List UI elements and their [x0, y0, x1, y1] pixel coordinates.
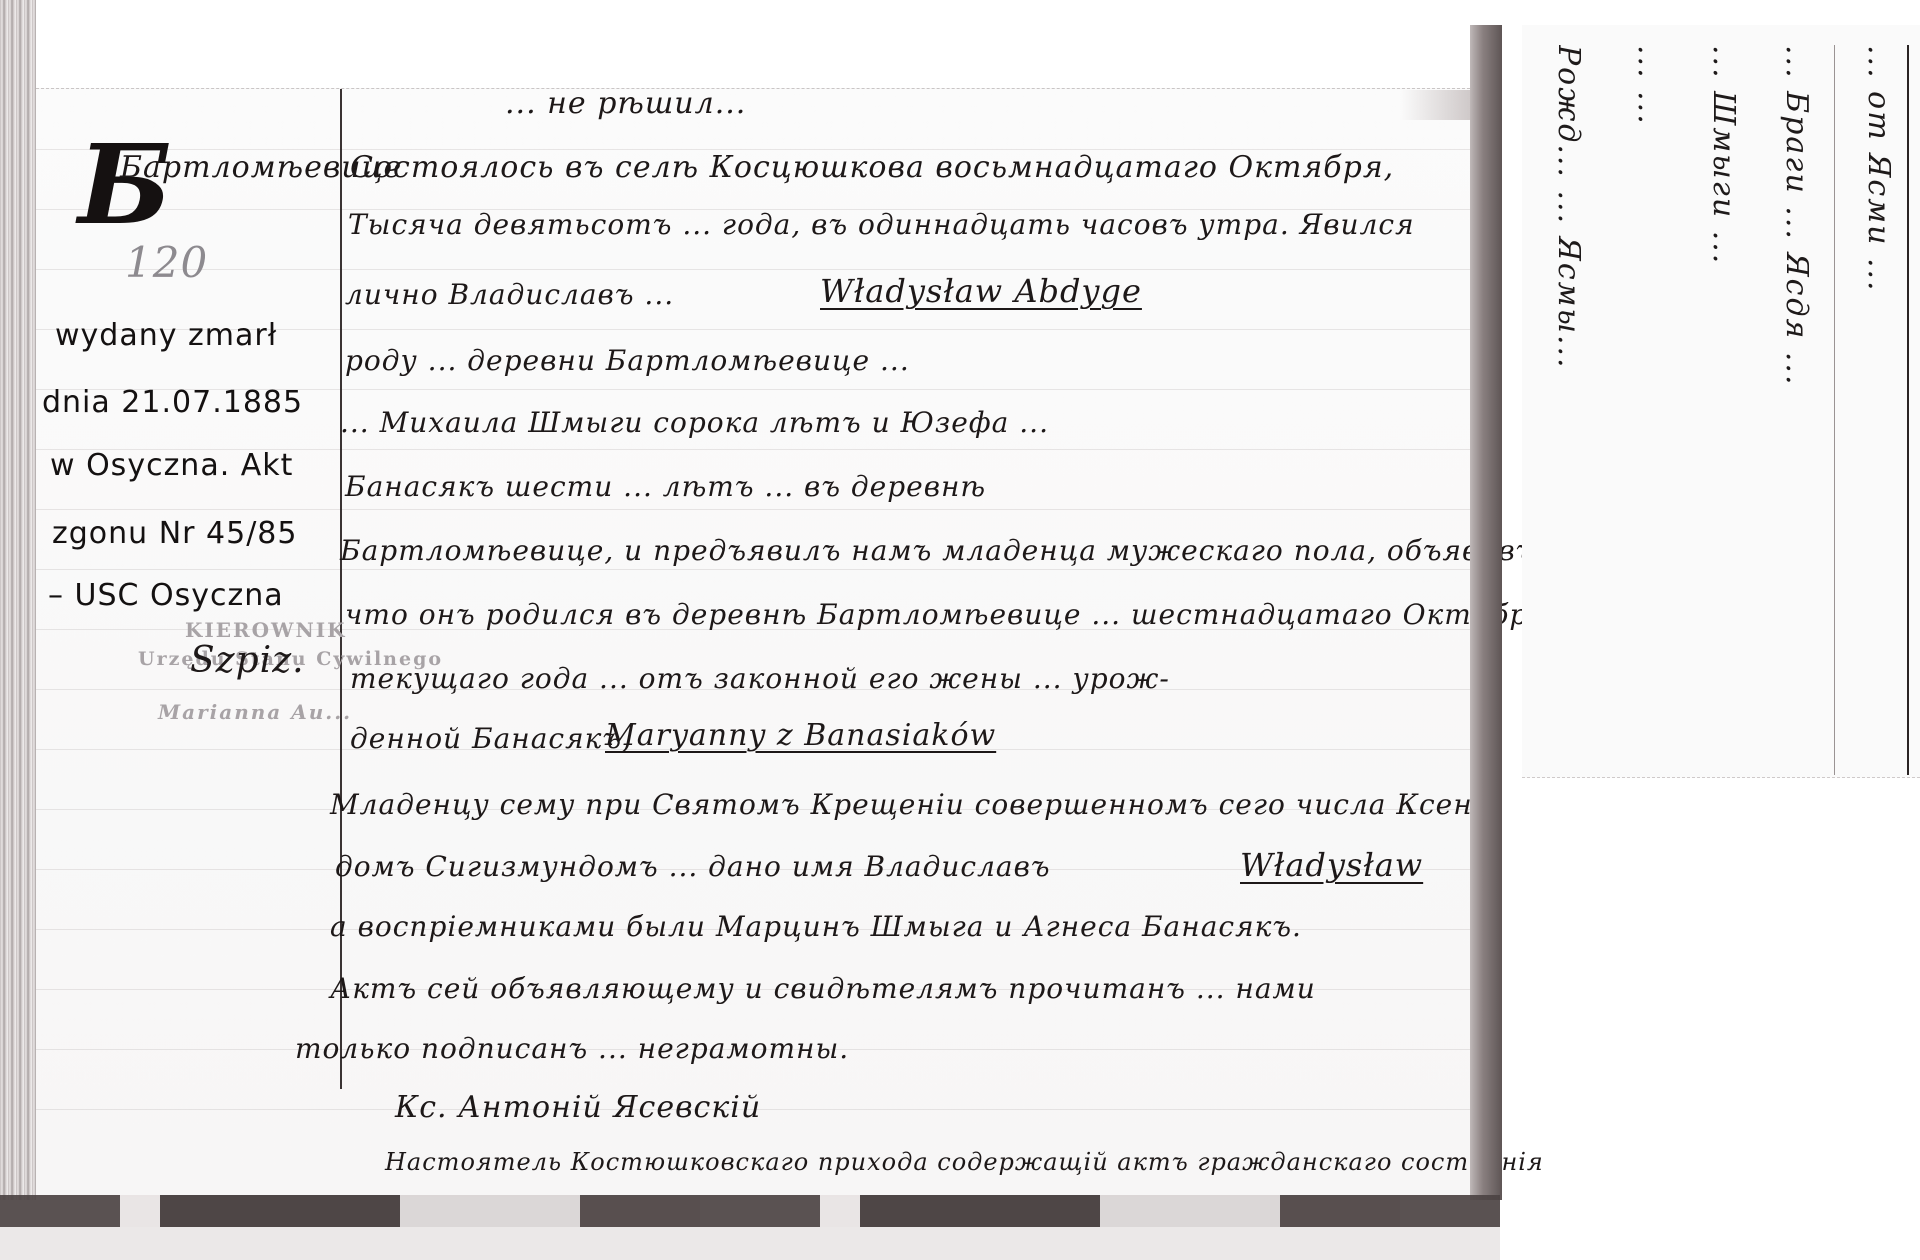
column-rule — [1834, 45, 1835, 775]
page-rule — [36, 509, 1470, 510]
rotated-page-fragment: ... от Ясми ... ... Браги ... Ясдя ... .… — [1522, 25, 1920, 778]
record-line: а воспріемниками были Марцинъ Шмыга и Аг… — [330, 910, 1302, 943]
record-line: роду ... деревни Бартломѣевице ... — [345, 344, 910, 377]
rotated-text-column: ... ... — [1622, 45, 1674, 765]
official-signature: Настоятель Костюшковскаго прихода содерж… — [385, 1148, 1544, 1176]
margin-note-line: – USC Osyczna — [48, 578, 284, 613]
fragment-edge-rule — [1907, 45, 1909, 775]
record-line: Бартломѣевице, и предъявилъ намъ младенц… — [340, 534, 1545, 567]
mother-name-polish: Maryanny z Banasiaków — [605, 718, 996, 753]
bottom-binding-edge — [0, 1195, 1500, 1227]
margin-note-line: wydany zmarł — [55, 318, 277, 353]
rotated-text-column: ... Браги ... Ясдя ... — [1770, 45, 1822, 765]
record-line: что онъ родился въ деревнѣ Бартломѣевице… — [345, 598, 1548, 631]
record-line: Младенцу сему при Святомъ Крещеніи совер… — [330, 788, 1483, 821]
page-rule — [36, 269, 1470, 270]
margin-note-line: zgonu Nr 45/85 — [52, 516, 297, 551]
rotated-text-column: Рожд... ... Ясмы... — [1542, 45, 1594, 765]
record-line: лично Владиславъ ... — [345, 278, 674, 311]
stamp-name: Marianna Au... — [158, 700, 352, 724]
record-line: Актъ сей объявляющему и свидѣтелямъ проч… — [330, 972, 1316, 1005]
record-line: только подписанъ ... неграмотны. — [295, 1032, 849, 1065]
record-line: текущаго года ... отъ законной его жены … — [350, 662, 1170, 695]
record-line: Банасякъ шести ... лѣтъ ... въ деревнѣ — [345, 470, 986, 503]
header-fragment: ... не рѣшил... — [505, 86, 746, 121]
entry-number: 120 — [125, 238, 208, 287]
page-corner-shadow — [1400, 90, 1470, 120]
rotated-text-column: ... Шмыги ... — [1697, 45, 1749, 765]
priest-signature: Кс. Антоній Ясевскій — [395, 1090, 761, 1125]
rotated-text-column: ... от Ясми ... — [1852, 45, 1904, 765]
record-line: домъ Сигизмундомъ ... дано имя Владислав… — [335, 850, 1051, 883]
record-line: денной Банасякъ, — [350, 722, 632, 755]
binding-gutter — [1470, 25, 1502, 1200]
record-line: Тысяча девятьсотъ ... года, въ одиннадца… — [348, 208, 1415, 241]
registrar-signature: Szpiz. — [190, 640, 305, 681]
page-rule — [36, 569, 1470, 570]
child-name-polish: Władysław Abdyge — [820, 272, 1142, 310]
left-binding-edge — [0, 0, 36, 1200]
stamp-title: KIEROWNIK — [185, 618, 347, 642]
scanner-bed — [0, 1227, 1500, 1260]
child-name-polish-2: Władysław — [1240, 846, 1423, 884]
record-line: ... Михаила Шмыги сорока лѣтъ и Юзефа ..… — [340, 406, 1049, 439]
margin-note-line: dnia 21.07.1885 — [42, 385, 303, 420]
margin-note-line: w Osyczna. Akt — [50, 448, 293, 483]
scanned-document: Б Бартломѣевице 120 wydany zmarł dnia 21… — [0, 0, 1920, 1260]
record-line: Состоялось въ селѣ Косцюшкова восьмнадца… — [350, 150, 1394, 185]
